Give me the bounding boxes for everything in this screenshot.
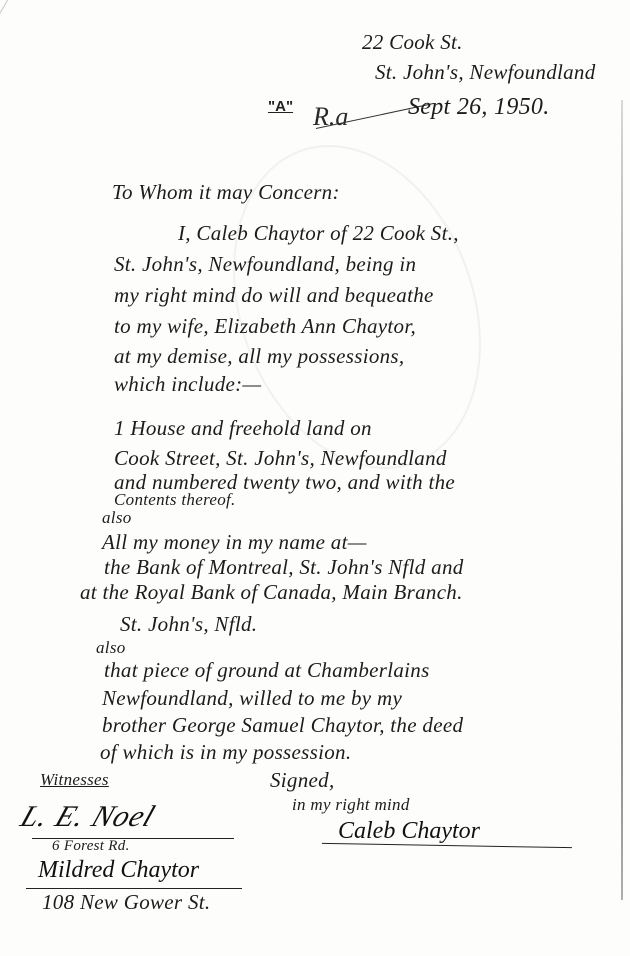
body-line: the Bank of Montreal, St. John's Nfld an… — [104, 555, 464, 580]
letter-date: Sept 26, 1950. — [408, 94, 550, 121]
address-line-2: St. John's, Newfoundland — [375, 60, 596, 85]
testator-signature: Caleb Chaytor — [338, 818, 480, 845]
witness1-address: 6 Forest Rd. — [52, 838, 130, 855]
witness2-signature-line — [26, 888, 242, 889]
body-line: Cook Street, St. John's, Newfoundland — [114, 446, 447, 471]
body-line: also — [96, 638, 126, 658]
body-line: that piece of ground at Chamberlains — [104, 658, 430, 683]
fold-crease — [0, 0, 30, 31]
witnesses-heading: Witnesses — [40, 770, 109, 790]
body-line: Contents thereof. — [114, 490, 236, 510]
body-line: St. John's, Nfld. — [120, 612, 257, 637]
body-line: St. John's, Newfoundland, being in — [114, 252, 416, 277]
document-page: 22 Cook St. St. John's, Newfoundland "A"… — [0, 0, 630, 956]
body-line: my right mind do will and bequeathe — [114, 283, 434, 308]
body-line: at the Royal Bank of Canada, Main Branch… — [80, 580, 463, 605]
body-line: which include:— — [114, 372, 261, 397]
address-line-1: 22 Cook St. — [362, 30, 463, 55]
body-line: brother George Samuel Chaytor, the deed — [102, 713, 463, 738]
witness2-address: 108 New Gower St. — [42, 890, 210, 915]
exhibit-label: "A" — [268, 98, 293, 115]
closing-right-mind: in my right mind — [292, 795, 410, 815]
body-line: to my wife, Elizabeth Ann Chaytor, — [114, 314, 416, 339]
page-right-edge — [621, 100, 623, 900]
body-line: 1 House and freehold land on — [114, 416, 372, 441]
body-line: of which is in my possession. — [100, 740, 351, 765]
salutation: To Whom it may Concern: — [112, 180, 340, 205]
body-line: at my demise, all my possessions, — [114, 344, 404, 369]
witness1-signature: L. E. Noel — [16, 800, 160, 834]
body-line: All my money in my name at— — [102, 530, 367, 555]
witness2-signature: Mildred Chaytor — [38, 857, 199, 884]
body-line: also — [102, 508, 132, 528]
body-line: I, Caleb Chaytor of 22 Cook St., — [178, 221, 459, 246]
body-line: Newfoundland, willed to me by my — [102, 686, 402, 711]
closing-signed: Signed, — [270, 768, 335, 793]
